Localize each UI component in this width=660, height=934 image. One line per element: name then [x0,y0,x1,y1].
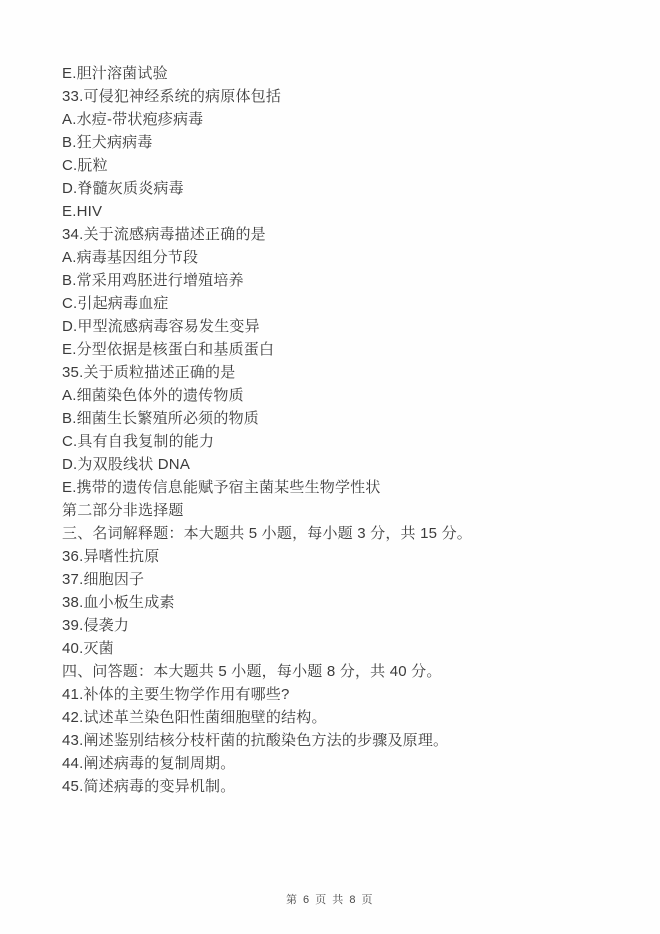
question-line: 37.细胞因子 [62,568,630,591]
section-heading-line: 三、名词解释题：本大题共 5 小题，每小题 3 分，共 15 分。 [62,522,630,545]
option-line: A.水痘-带状疱疹病毒 [62,108,630,131]
document-text-block: E.胆汁溶菌试验 33.可侵犯神经系统的病原体包括 A.水痘-带状疱疹病毒 B.… [62,62,630,798]
section-heading-line: 第二部分非选择题 [62,499,630,522]
option-line: D.为双股线状 DNA [62,453,630,476]
option-line: C.朊粒 [62,154,630,177]
question-line: 34.关于流感病毒描述正确的是 [62,223,630,246]
question-line: 36.异嗜性抗原 [62,545,630,568]
question-line: 38.血小板生成素 [62,591,630,614]
option-line: E.HIV [62,200,630,223]
question-line: 33.可侵犯神经系统的病原体包括 [62,85,630,108]
option-line: E.携带的遗传信息能赋予宿主菌某些生物学性状 [62,476,630,499]
question-line: 41.补体的主要生物学作用有哪些? [62,683,630,706]
page-number: 第 6 页 共 8 页 [0,891,660,907]
question-line: 35.关于质粒描述正确的是 [62,361,630,384]
option-line: B.常采用鸡胚进行增殖培养 [62,269,630,292]
option-line: E.分型依据是核蛋白和基质蛋白 [62,338,630,361]
option-line: A.细菌染色体外的遗传物质 [62,384,630,407]
option-line: E.胆汁溶菌试验 [62,62,630,85]
option-line: D.甲型流感病毒容易发生变异 [62,315,630,338]
section-heading-line: 四、问答题：本大题共 5 小题，每小题 8 分，共 40 分。 [62,660,630,683]
question-line: 45.简述病毒的变异机制。 [62,775,630,798]
option-line: C.具有自我复制的能力 [62,430,630,453]
option-line: A.病毒基因组分节段 [62,246,630,269]
question-line: 40.灭菌 [62,637,630,660]
question-line: 39.侵袭力 [62,614,630,637]
option-line: C.引起病毒血症 [62,292,630,315]
question-line: 44.阐述病毒的复制周期。 [62,752,630,775]
question-line: 43.阐述鉴别结核分枝杆菌的抗酸染色方法的步骤及原理。 [62,729,630,752]
option-line: B.细菌生长繁殖所必须的物质 [62,407,630,430]
document-page: E.胆汁溶菌试验 33.可侵犯神经系统的病原体包括 A.水痘-带状疱疹病毒 B.… [0,0,660,934]
option-line: B.狂犬病病毒 [62,131,630,154]
question-line: 42.试述革兰染色阳性菌细胞壁的结构。 [62,706,630,729]
option-line: D.脊髓灰质炎病毒 [62,177,630,200]
